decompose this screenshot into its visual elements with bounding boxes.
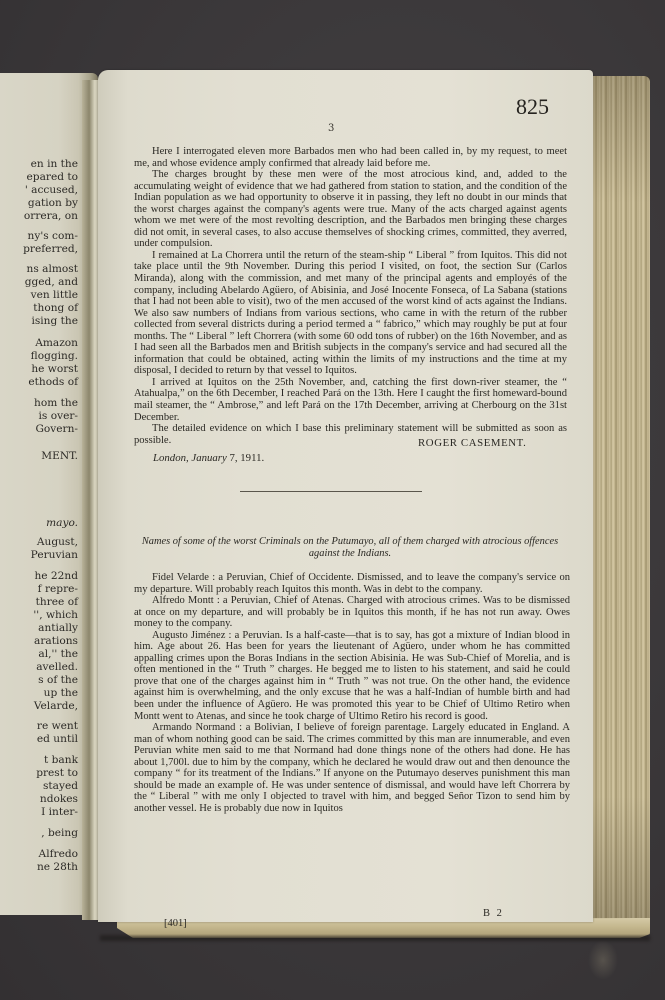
left-page-line: MENT. bbox=[41, 450, 78, 463]
left-page-line: antially bbox=[38, 622, 78, 635]
left-page-line: ed until bbox=[37, 733, 78, 746]
left-page-line: flogging. bbox=[31, 350, 78, 363]
signature: ROGER CASEMENT. bbox=[418, 437, 526, 449]
left-page-line: Velarde, bbox=[34, 700, 78, 713]
list-entry: Fidel Velarde : a Peruvian, Chief of Occ… bbox=[134, 572, 570, 595]
left-page-line: hom the bbox=[34, 397, 78, 410]
left-page-line: al,'' the bbox=[38, 648, 78, 661]
left-page-line: ne 28th bbox=[37, 861, 78, 874]
left-page-line: gged, and bbox=[25, 276, 78, 289]
left-page-line: t bank bbox=[44, 754, 78, 767]
sheet-number: 3 bbox=[328, 123, 334, 134]
left-page-line: '', which bbox=[33, 609, 78, 622]
left-page-line: prest to bbox=[36, 767, 78, 780]
dateline-date: 7, 1911. bbox=[227, 452, 264, 464]
dateline: London, January 7, 1911. bbox=[153, 452, 264, 464]
right-page: 825 3 Here I interrogated eleven more Ba… bbox=[98, 70, 593, 922]
left-page-line: mayo. bbox=[46, 517, 78, 530]
left-page-line: , being bbox=[41, 827, 78, 840]
left-page-line: ising the bbox=[31, 315, 78, 328]
left-page-line: Peruvian bbox=[31, 549, 78, 562]
print-reference: [401] bbox=[164, 918, 187, 929]
left-page-line: Govern- bbox=[35, 423, 78, 436]
left-page-line: preferred, bbox=[23, 243, 78, 256]
paragraph: I arrived at Iquitos on the 25th Novembe… bbox=[134, 377, 567, 423]
left-page-line: re went bbox=[37, 720, 78, 733]
dateline-place: London, January bbox=[153, 452, 227, 464]
left-page-line: Amazon bbox=[35, 337, 78, 350]
list-entry: Alfredo Montt : a Peruvian, Chief of Ate… bbox=[134, 595, 570, 630]
left-page-line: ethods of bbox=[28, 376, 78, 389]
left-page-line: I inter- bbox=[41, 806, 78, 819]
section-divider bbox=[240, 491, 422, 492]
left-page-line: is over- bbox=[39, 410, 78, 423]
left-page-line: three of bbox=[36, 596, 78, 609]
paragraph: The charges brought by these men were of… bbox=[134, 169, 567, 250]
paragraph: Here I interrogated eleven more Barbados… bbox=[134, 146, 567, 169]
left-page-line: epared to bbox=[27, 171, 78, 184]
left-page-line: arations bbox=[34, 635, 78, 648]
right-page-content: 825 3 Here I interrogated eleven more Ba… bbox=[98, 70, 593, 922]
paper-stain bbox=[588, 940, 618, 980]
left-page-line: ven little bbox=[31, 289, 78, 302]
left-page-line: avelled. bbox=[36, 661, 78, 674]
folio-number: 825 bbox=[516, 94, 549, 120]
left-page-line: thong of bbox=[33, 302, 78, 315]
report-body: Here I interrogated eleven more Barbados… bbox=[134, 146, 567, 446]
list-entry: Augusto Jiménez : a Peruvian. Is a half-… bbox=[134, 630, 570, 722]
left-page-line: he 22nd bbox=[34, 570, 78, 583]
left-page-line: Alfredo bbox=[39, 848, 78, 861]
left-page-line: ns almost bbox=[27, 263, 78, 276]
list-entry: Armando Normand : a Bolivian, I believe … bbox=[134, 722, 570, 814]
left-page-line: gation by bbox=[28, 197, 78, 210]
paragraph: I remained at La Chorrera until the retu… bbox=[134, 250, 567, 377]
section-heading: Names of some of the worst Criminals on … bbox=[132, 536, 568, 560]
left-page-line: en in the bbox=[31, 158, 78, 171]
left-page-line: ndokes bbox=[40, 793, 78, 806]
left-page-line: ny's com- bbox=[28, 230, 78, 243]
signature-mark: B 2 bbox=[483, 908, 504, 919]
page-block-fore-edge bbox=[588, 76, 650, 924]
left-page-line: August, bbox=[37, 536, 78, 549]
criminals-list: Fidel Velarde : a Peruvian, Chief of Occ… bbox=[134, 572, 570, 814]
left-page-line: orrera, on bbox=[24, 210, 78, 223]
left-page-line: up the bbox=[44, 687, 78, 700]
left-page-line: stayed bbox=[43, 780, 78, 793]
left-page-line: he worst bbox=[31, 363, 78, 376]
left-page-line: s of the bbox=[38, 674, 78, 687]
left-page-line: ' accused, bbox=[25, 184, 78, 197]
left-page-line: f repre- bbox=[38, 583, 78, 596]
